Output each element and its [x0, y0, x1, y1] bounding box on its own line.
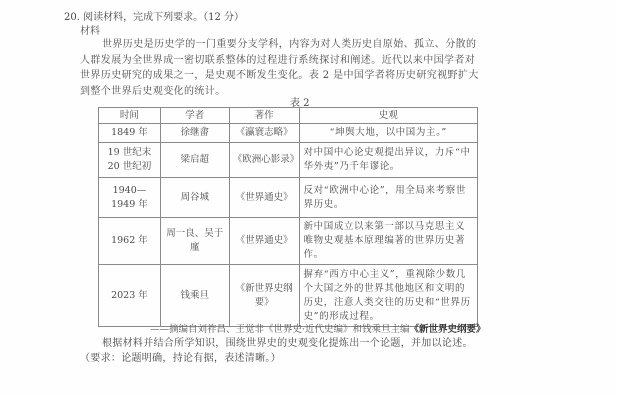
paragraph-text: 世界历史是历史学的一门重要分支学科，内容为对人类历史自原始、孤立、分散的人群发展…	[80, 39, 479, 97]
material-paragraph: 世界历史是历史学的一门重要分支学科，内容为对人类历史自原始、孤立、分散的人群发展…	[80, 37, 480, 99]
requirement-text: 根据材料并结合所学知识，围绕世界史的史观变化提炼出一个论题，并加以论述。（要求：…	[80, 336, 480, 366]
table-row: 19 世纪末20 世纪初 梁启超 《欧洲心影录》 对中国中心论史观提出异议，力斥…	[99, 143, 478, 178]
source-book: 《新世界史纲要》	[410, 324, 486, 335]
cell-time: 1940—1949 年	[99, 178, 161, 218]
cell-view: 新中国成立以来第一部以马克思主义唯物史观基本原理编著的世界历史著作。	[299, 218, 477, 265]
time-line-1: 19 世纪末	[102, 146, 157, 160]
cell-time: 1962 年	[99, 218, 161, 265]
header-work: 著作	[229, 108, 299, 124]
cell-work: 《世界通史》	[229, 178, 299, 218]
header-time: 时间	[99, 108, 161, 124]
table-row: 1849 年 徐继畬 《瀛寰志略》 “坤舆大地，以中国为主。”	[99, 124, 478, 143]
cell-time: 2023 年	[99, 265, 161, 327]
material-label: 材料	[80, 22, 100, 37]
cell-work: 《新世界史纲要》	[229, 265, 299, 327]
header-scholar: 学者	[160, 108, 229, 124]
table-row: 1940—1949 年 周谷城 《世界通史》 反对“欧洲中心论”，用全局来考察世…	[99, 178, 478, 218]
cell-view: 反对“欧洲中心论”，用全局来考察世界历史。	[299, 178, 477, 218]
question-title: 20. 阅读材料，完成下列要求。（12 分）	[64, 8, 244, 23]
source-citation: ——摘编自刘祚昌、王觉非《世界史·近代史编》和钱乘旦主编《新世界史纲要》	[150, 321, 486, 335]
cell-scholar: 梁启超	[160, 143, 229, 178]
table-row: 2023 年 钱乘旦 《新世界史纲要》 摒弃“西方中心主义”，重视除少数几个大国…	[99, 265, 478, 327]
cell-scholar: 徐继畬	[160, 124, 229, 143]
source-prefix: ——摘编自刘祚昌、王觉非《世界史·近代史编》和钱乘旦主编	[150, 324, 410, 335]
cell-work: 《世界通史》	[229, 218, 299, 265]
time-line-2: 20 世纪初	[102, 160, 157, 174]
cell-work: 《瀛寰志略》	[229, 124, 299, 143]
cell-view: 摒弃“西方中心主义”，重视除少数几个大国之外的世界其他地区和文明的历史，注意人类…	[299, 265, 477, 327]
history-view-table: 时间 学者 著作 史观 1849 年 徐继畬 《瀛寰志略》 “坤舆大地，以中国为…	[98, 107, 478, 327]
cell-view: “坤舆大地，以中国为主。”	[299, 124, 477, 143]
cell-work: 《欧洲心影录》	[229, 143, 299, 178]
table-row: 1962 年 周一良、吴于廑 《世界通史》 新中国成立以来第一部以马克思主义唯物…	[99, 218, 478, 265]
cell-scholar: 周一良、吴于廑	[160, 218, 229, 265]
cell-scholar: 钱乘旦	[160, 265, 229, 327]
header-view: 史观	[299, 108, 477, 124]
requirement-body: 根据材料并结合所学知识，围绕世界史的史观变化提炼出一个论题，并加以论述。（要求：…	[80, 338, 473, 364]
cell-time: 19 世纪末20 世纪初	[99, 143, 161, 178]
cell-time: 1849 年	[99, 124, 161, 143]
cell-view: 对中国中心论史观提出异议，力斥“中华外夷”乃千年谬论。	[299, 143, 477, 178]
table-header-row: 时间 学者 著作 史观	[99, 108, 478, 124]
cell-scholar: 周谷城	[160, 178, 229, 218]
